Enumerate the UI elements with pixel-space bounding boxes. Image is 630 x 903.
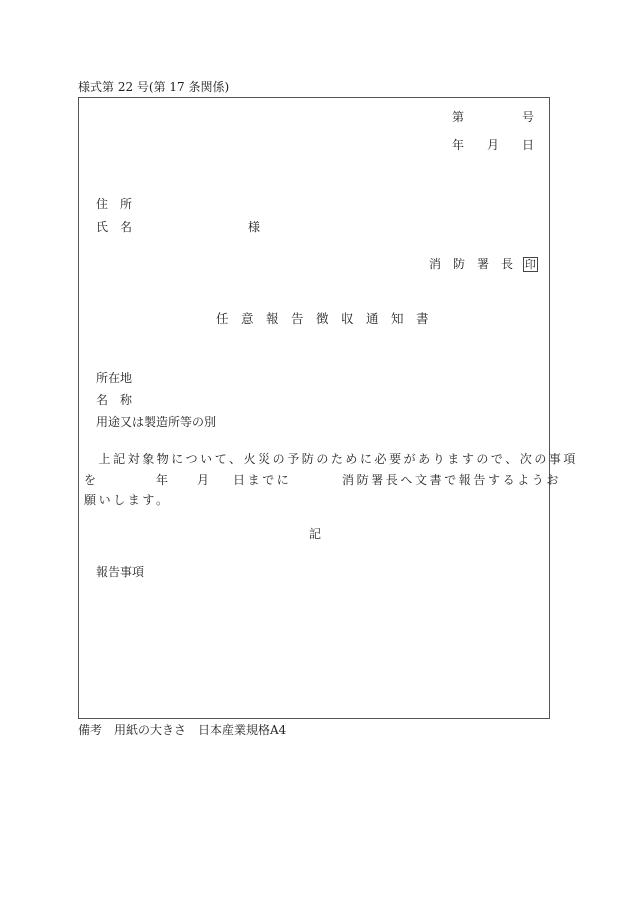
document-number-field[interactable] xyxy=(468,108,518,124)
seal-mark: 印 xyxy=(523,257,538,272)
body-line-2-rest: 消防署長へ文書で報告するようお xyxy=(342,474,561,486)
body-line-2-start: を xyxy=(84,474,96,486)
facility-name-label: 名 称 xyxy=(96,394,132,406)
fire-chief-title: 消 防 署 長 xyxy=(429,257,513,271)
date-day-label: 日 xyxy=(522,139,534,151)
body-line-2-day: 日までに xyxy=(233,474,291,486)
honorific-label: 様 xyxy=(248,221,260,233)
paper-size-note: 備考 用紙の大きさ 日本産業規格A4 xyxy=(78,724,286,736)
address-label: 住 所 xyxy=(96,198,132,210)
notation-ki: 記 xyxy=(309,528,321,540)
date-month-label: 月 xyxy=(487,139,499,151)
usage-label: 用途又は製造所等の別 xyxy=(96,416,216,428)
document-number-suffix: 号 xyxy=(522,111,534,123)
body-line-1: 上記対象物について、火災の予防のために必要がありますので、次の事項 xyxy=(84,453,578,465)
report-items-label: 報告事項 xyxy=(96,566,144,578)
name-label: 氏 名 xyxy=(96,221,132,233)
date-year-label: 年 xyxy=(452,139,464,151)
location-label: 所在地 xyxy=(96,372,132,384)
body-line-2-year: 年 xyxy=(156,474,168,486)
form-frame xyxy=(78,97,550,719)
form-number-label: 様式第 22 号(第 17 条関係) xyxy=(78,81,229,93)
body-line-2-month: 月 xyxy=(197,474,209,486)
document-title: 任 意 報 告 徴 収 通 知 書 xyxy=(216,313,429,326)
body-line-3: 願いします。 xyxy=(84,494,171,506)
fire-chief-line: 消 防 署 長 印 xyxy=(429,257,538,272)
document-number-prefix: 第 xyxy=(452,111,464,123)
